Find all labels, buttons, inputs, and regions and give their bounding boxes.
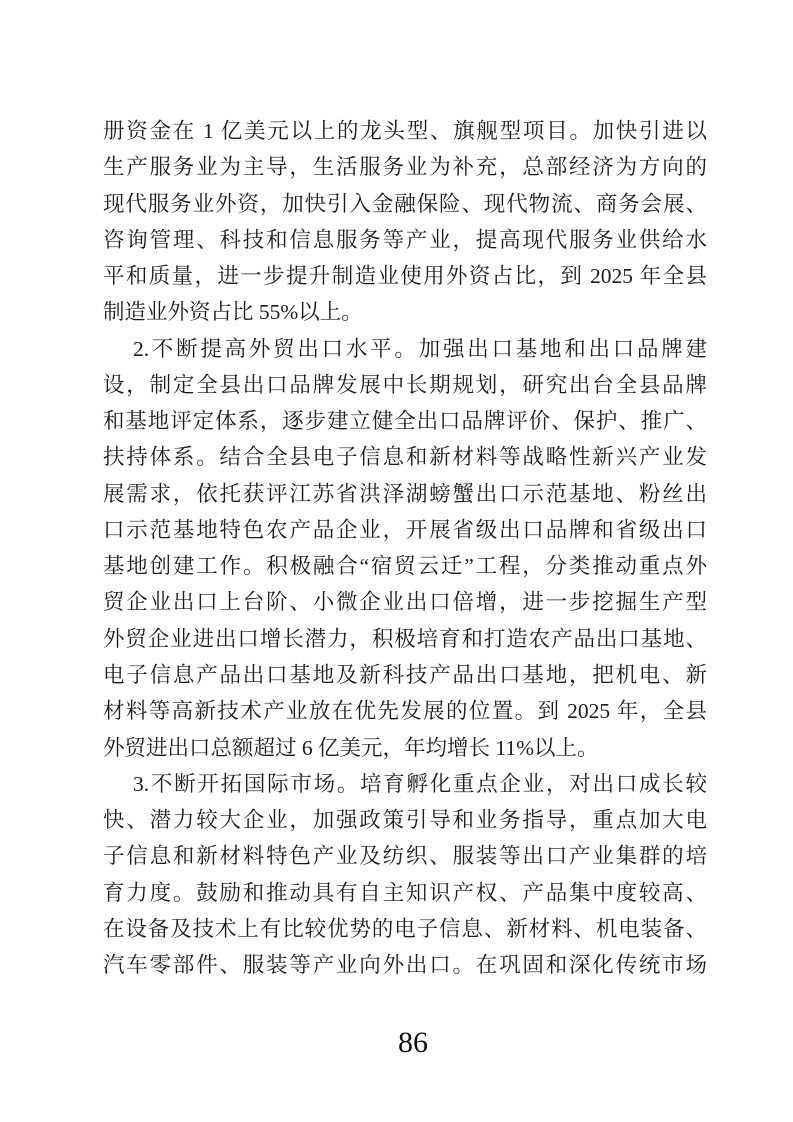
text-line: 生产服务业为主导，生活服务业为补充，总部经济为方向的 — [103, 149, 707, 185]
text-line: 展需求，依托获评江苏省洪泽湖螃蟹出口示范基地、粉丝出 — [103, 476, 707, 512]
text-line: 2.不断提高外贸出口水平。加强出口基地和出口品牌建 — [103, 331, 707, 367]
text-line: 口示范基地特色农产品企业，开展省级出口品牌和省级出口 — [103, 512, 707, 548]
document-page: 册资金在 1 亿美元以上的龙头型、旗舰型项目。加快引进以 生产服务业为主导，生活… — [0, 0, 793, 1122]
text-line: 制造业外资占比 55%以上。 — [103, 294, 707, 330]
text-line: 汽车零部件、服装等产业向外出口。在巩固和深化传统市场 — [103, 947, 707, 983]
text-line: 扶持体系。结合全县电子信息和新材料等战略性新兴产业发 — [103, 439, 707, 475]
text-line: 册资金在 1 亿美元以上的龙头型、旗舰型项目。加快引进以 — [103, 113, 707, 149]
text-line: 现代服务业外资，加快引入金融保险、现代物流、商务会展、 — [103, 186, 707, 222]
text-line: 子信息和新材料特色产业及纺织、服装等出口产业集群的培 — [103, 838, 707, 874]
text-line: 育力度。鼓励和推动具有自主知识产权、产品集中度较高、 — [103, 875, 707, 911]
text-line: 和基地评定体系，逐步建立健全出口品牌评价、保护、推广、 — [103, 403, 707, 439]
text-line: 快、潜力较大企业，加强政策引导和业务指导，重点加大电 — [103, 802, 707, 838]
text-line: 外贸企业进出口增长潜力，积极培育和打造农产品出口基地、 — [103, 621, 707, 657]
text-line: 基地创建工作。积极融合“宿贸云迁”工程，分类推动重点外 — [103, 548, 707, 584]
body-text: 册资金在 1 亿美元以上的龙头型、旗舰型项目。加快引进以 生产服务业为主导，生活… — [103, 113, 707, 983]
text-line: 外贸进出口总额超过 6 亿美元，年均增长 11%以上。 — [103, 730, 707, 766]
text-line: 设，制定全县出口品牌发展中长期规划，研究出台全县品牌 — [103, 367, 707, 403]
text-line: 在设备及技术上有比较优势的电子信息、新材料、机电装备、 — [103, 911, 707, 947]
text-line: 平和质量，进一步提升制造业使用外资占比，到 2025 年全县 — [103, 258, 707, 294]
text-line: 咨询管理、科技和信息服务等产业，提高现代服务业供给水 — [103, 222, 707, 258]
text-line: 3.不断开拓国际市场。培育孵化重点企业，对出口成长较 — [103, 766, 707, 802]
text-line: 材料等高新技术产业放在优先发展的位置。到 2025 年，全县 — [103, 693, 707, 729]
text-line: 贸企业出口上台阶、小微企业出口倍增，进一步挖掘生产型 — [103, 584, 707, 620]
text-line: 电子信息产品出口基地及新科技产品出口基地，把机电、新 — [103, 657, 707, 693]
page-number: 86 — [103, 1026, 723, 1060]
